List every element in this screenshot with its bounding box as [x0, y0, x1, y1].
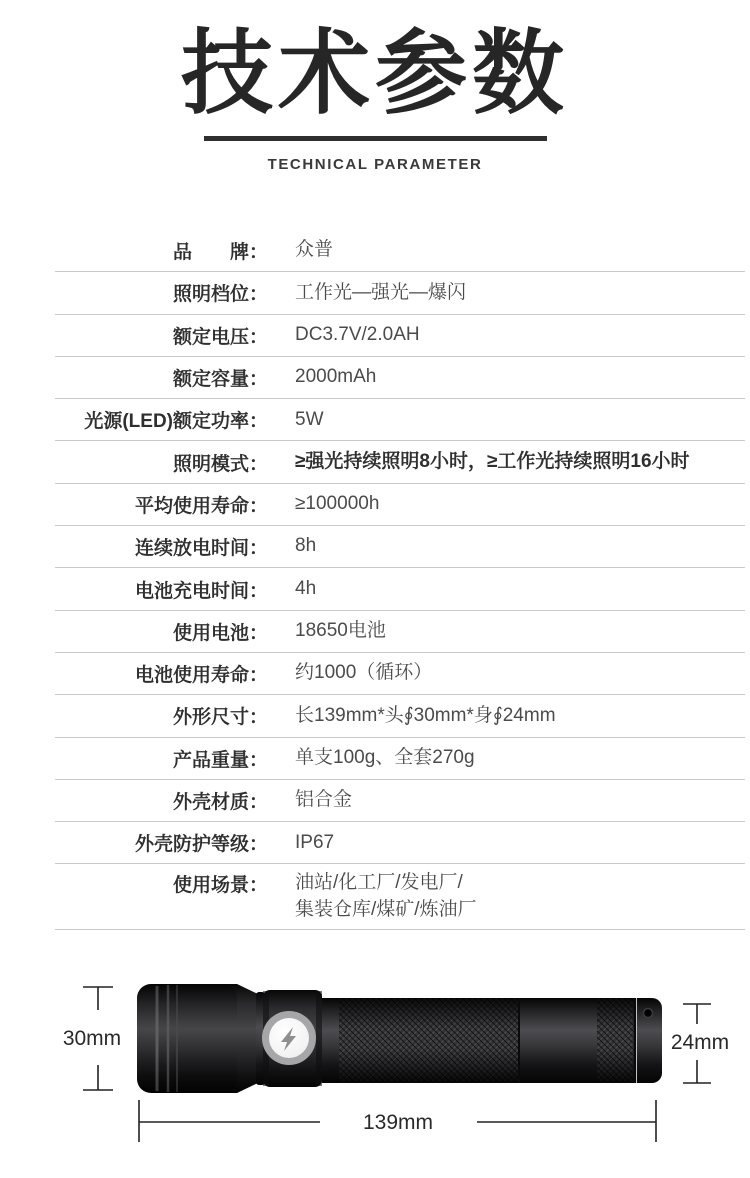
spec-table: 品 牌：众普照明档位：工作光—强光—爆闪额定电压：DC3.7V/2.0AH额定容…: [55, 230, 745, 930]
spec-row: 使用电池：18650电池: [55, 611, 745, 653]
spec-row: 电池充电时间：4h: [55, 568, 745, 610]
spec-value: IP67: [268, 830, 745, 857]
spec-row: 连续放电时间：8h: [55, 526, 745, 568]
spec-value: ≥100000h: [268, 491, 745, 518]
page-title: 技术参数: [0, 26, 750, 123]
spec-row: 品 牌：众普: [55, 230, 745, 272]
spec-value: 18650电池: [268, 618, 745, 645]
spec-row: 额定容量：2000mAh: [55, 357, 745, 399]
dim-label-30mm: 30mm: [63, 1027, 121, 1050]
tail-cap: [637, 998, 662, 1083]
spec-row: 外壳材质：铝合金: [55, 780, 745, 822]
spec-value: 铝合金: [268, 787, 745, 814]
spec-row: 外形尺寸：长139mm*头∮30mm*身∮24mm: [55, 695, 745, 737]
spec-row: 照明档位：工作光—强光—爆闪: [55, 272, 745, 314]
page-subtitle: TECHNICAL PARAMETER: [0, 156, 750, 173]
spec-row: 额定电压：DC3.7V/2.0AH: [55, 315, 745, 357]
spec-label: 连续放电时间：: [55, 533, 268, 560]
tail-knurl: [597, 998, 634, 1083]
spec-value: 2000mAh: [268, 364, 745, 391]
spec-label: 照明档位：: [55, 279, 268, 306]
spec-label: 额定电压：: [55, 322, 268, 349]
spec-value: 长139mm*头∮30mm*身∮24mm: [268, 703, 745, 730]
dim-label-139mm: 139mm: [363, 1111, 433, 1134]
spec-value: 单支100g、全套270g: [268, 745, 745, 772]
spec-label: 产品重量：: [55, 745, 268, 772]
flashlight-image: [137, 984, 662, 1093]
product-diagram: 30mm 24mm 139mm: [0, 950, 750, 1178]
lanyard-hole: [644, 1009, 653, 1018]
spec-value: 8h: [268, 533, 745, 560]
spec-label: 电池充电时间：: [55, 576, 268, 603]
spec-label: 使用场景：: [55, 870, 268, 897]
switch-housing: [262, 990, 322, 1087]
spec-label: 使用电池：: [55, 618, 268, 645]
title-underline: [204, 136, 547, 141]
spec-value: 众普: [268, 237, 745, 264]
spec-label: 外形尺寸：: [55, 702, 268, 729]
flashlight-head: [137, 984, 237, 1093]
spec-label: 外壳材质：: [55, 787, 268, 814]
spec-row: 光源(LED)额定功率：5W: [55, 399, 745, 441]
spec-row: 使用场景：油站/化工厂/发电厂/ 集装仓库/煤矿/炼油厂: [55, 864, 745, 930]
spec-value: 4h: [268, 576, 745, 603]
header: 技术参数 TECHNICAL PARAMETER: [0, 0, 750, 173]
spec-row: 照明模式：≥强光持续照明8小时，≥工作光持续照明16小时: [55, 441, 745, 483]
spec-label: 光源(LED)额定功率：: [55, 406, 268, 433]
spec-row: 平均使用寿命：≥100000h: [55, 484, 745, 526]
flashlight-neck: [322, 998, 339, 1083]
spec-value: 约1000（循环）: [268, 660, 745, 687]
spec-label: 额定容量：: [55, 364, 268, 391]
knurled-grip: [339, 998, 518, 1083]
spec-value: DC3.7V/2.0AH: [268, 322, 745, 349]
spec-row: 外壳防护等级：IP67: [55, 822, 745, 864]
spec-label: 平均使用寿命：: [55, 491, 268, 518]
flashlight-illustration: 30mm 24mm 139mm: [0, 950, 750, 1178]
dim-label-24mm: 24mm: [671, 1031, 729, 1054]
spec-row: 产品重量：单支100g、全套270g: [55, 738, 745, 780]
spec-label: 品 牌：: [55, 237, 268, 264]
spec-label: 外壳防护等级：: [55, 829, 268, 856]
spec-value: 5W: [268, 407, 745, 434]
spec-label: 电池使用寿命：: [55, 660, 268, 687]
spec-value: 油站/化工厂/发电厂/ 集装仓库/煤矿/炼油厂: [268, 870, 745, 923]
smooth-section: [527, 998, 597, 1083]
spec-value: ≥强光持续照明8小时，≥工作光持续照明16小时: [268, 449, 745, 476]
spec-row: 电池使用寿命：约1000（循环）: [55, 653, 745, 695]
spec-label: 照明模式：: [55, 449, 268, 476]
spec-value: 工作光—强光—爆闪: [268, 280, 745, 307]
